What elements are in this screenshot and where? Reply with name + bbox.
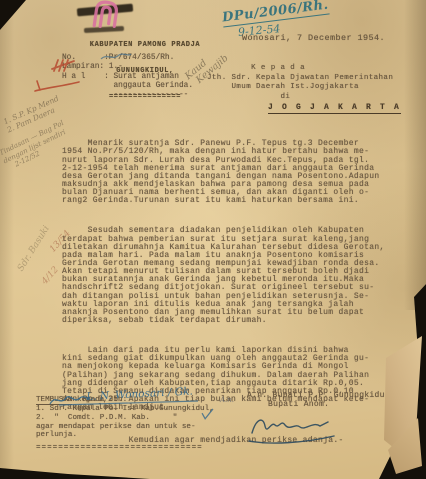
paperclip-icon xyxy=(90,0,134,30)
letterhead-line1: KABUPATEN PAMONG PRADJA xyxy=(70,41,220,50)
scan-background: { "palette": { "paper": "#e3ca97", "type… xyxy=(0,0,426,479)
signoff-subtitle: Bupati Anom. xyxy=(268,400,329,409)
blue-check-icon xyxy=(200,406,214,422)
paragraph-2: Sesudah sementara diadakan penjelidikan … xyxy=(62,227,385,325)
left-edge-shadow xyxy=(0,0,14,479)
tembusan-rule: ============================== xyxy=(36,444,203,452)
document-page: KABUPATEN PAMONG PRADJA GUNUNGKIDUL, ===… xyxy=(0,0,426,479)
red-check-mark xyxy=(33,78,81,94)
signoff-title: A.n. Bupati P.P. Gunungkidul. xyxy=(247,391,395,400)
paragraph-1: Menarik suratnja Sdr. Panewu P.F. Tepus … xyxy=(62,140,385,205)
an-pencil-mark: A.n. xyxy=(220,396,234,404)
signature-handwritten xyxy=(246,411,341,451)
recipient-block: K e p a d a Jth. Sdr. Kepala Djawatan Pe… xyxy=(207,64,393,102)
margin-note-date: 4/12 xyxy=(40,265,61,287)
dateline: Wonosari, 7 December 1954. xyxy=(242,33,385,43)
margin-note-name: Sdr. Basuki xyxy=(16,224,52,273)
blue-scribble-mark xyxy=(99,51,133,63)
strikethrough-line xyxy=(58,399,200,407)
right-edge-shadow xyxy=(404,0,426,310)
tembusan-list: 1. Sdr. Kepala Po. Ist Kab.Gunungkidul, … xyxy=(36,405,214,440)
recipient-city: J O G J A K A R T A xyxy=(268,103,401,114)
red-tally-mark xyxy=(50,57,78,75)
